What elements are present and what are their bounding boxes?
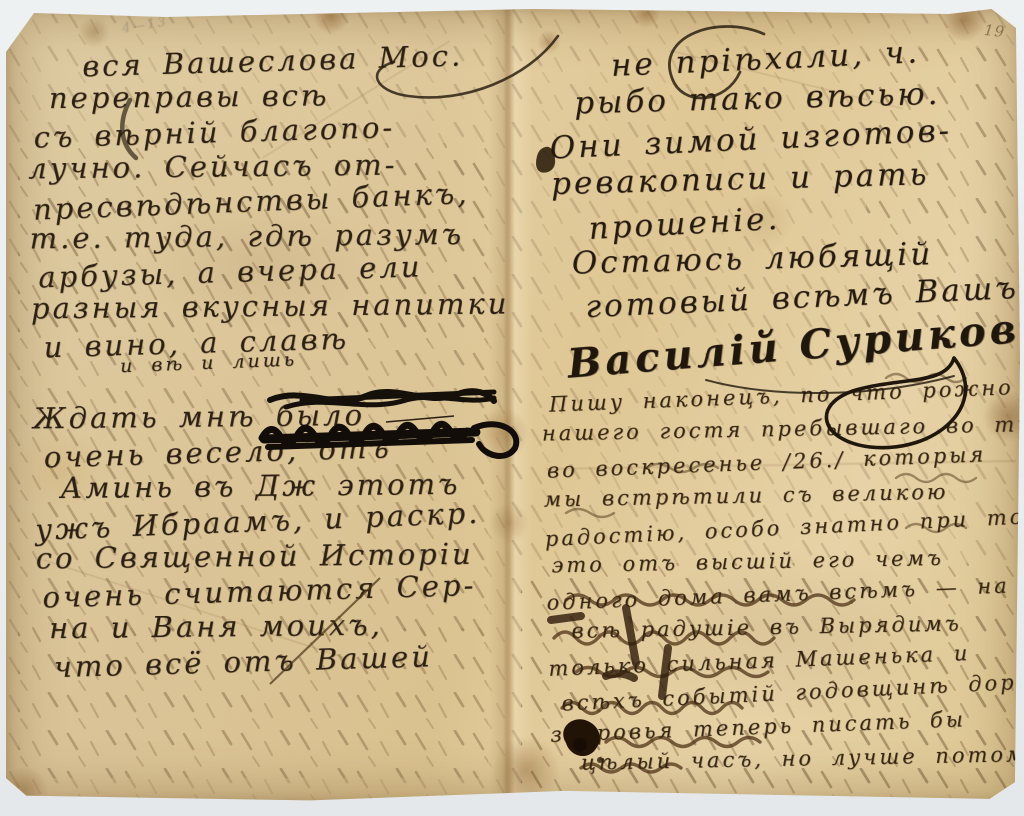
right-page-postscript: Пишу наконецъ, по что рожнонашего гостя …: [541, 373, 1020, 782]
right-page-closing: не пріѣхали, ч.рыбо тако вѣсью.Они зимой…: [546, 30, 1020, 384]
letter-sheet: 4—13 19 вся Вашеслова Мос.переправы всѣс…: [6, 8, 1020, 802]
pencil-archive-mark: 4—13: [121, 15, 169, 37]
center-fold-crease: [503, 8, 511, 802]
left-page: вся Вашеслова Мос.переправы всѣсъ вѣрній…: [26, 40, 496, 684]
right-page-closing-lines: не пріѣхали, ч.рыбо тако вѣсью.Они зимой…: [546, 30, 1020, 326]
